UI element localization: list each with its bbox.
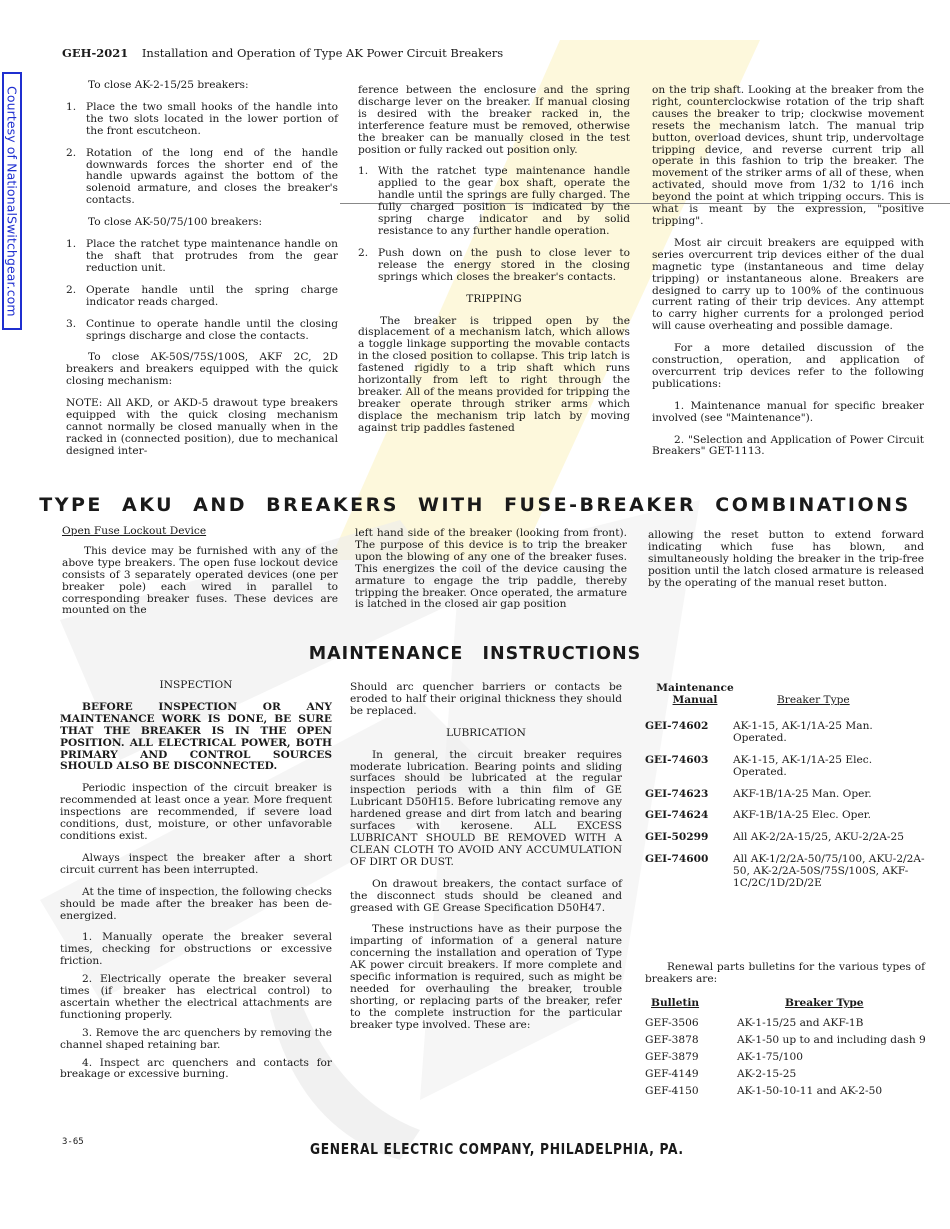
- column-header-breaker-type: Breaker Type: [745, 683, 925, 707]
- publication-2: 2. "Selection and Application of Power C…: [652, 435, 924, 459]
- top-column-2: ference between the enclosure and the sp…: [358, 85, 630, 445]
- aku-paragraph-3: allowing the reset button to extend forw…: [648, 530, 924, 590]
- aku-section-banner: TYPE AKU AND BREAKERS WITH FUSE-BREAKER …: [0, 494, 950, 516]
- table-row: GEF-3506AK-1-15/25 and AKF-1B: [645, 1018, 930, 1030]
- checks-intro: At the time of inspection, the following…: [60, 887, 332, 923]
- short-circuit-paragraph: Always inspect the breaker after a short…: [60, 853, 332, 877]
- lubrication-heading: LUBRICATION: [350, 728, 622, 740]
- column-header-bulletin: Bulletin: [645, 998, 743, 1010]
- document-title: Installation and Operation of Type AK Po…: [142, 46, 503, 60]
- table-header: Maintenance Manual Breaker Type: [645, 683, 925, 707]
- list-item: 1.Place the two small hooks of the handl…: [66, 102, 338, 138]
- date-code: 3-65: [62, 1137, 84, 1147]
- aku-column-2: left hand side of the breaker (looking f…: [355, 528, 627, 621]
- table-row: GEI-74600All AK-1/2/2A-50/75/100, AKU-2/…: [645, 854, 925, 890]
- table-row: GEF-4150AK-1-50-10-11 and AK-2-50: [645, 1086, 930, 1098]
- purpose-paragraph: These instructions have as their purpose…: [350, 924, 622, 1031]
- page-header: GEH-2021 Installation and Operation of T…: [62, 46, 503, 60]
- renewal-intro: Renewal parts bulletins for the various …: [645, 962, 925, 996]
- check-item: 4. Inspect arc quenchers and contacts fo…: [60, 1058, 332, 1082]
- ratchet-steps: 1.With the ratchet type maintenance hand…: [358, 166, 630, 283]
- close-ak50-heading: To close AK-50/75/100 breakers:: [66, 217, 338, 229]
- courtesy-stamp: Courtesy of NationalSwitchgear.com: [2, 72, 22, 330]
- document-code: GEH-2021: [62, 46, 128, 60]
- top-column-3: on the trip shaft. Looking at the breake…: [652, 85, 924, 468]
- maintenance-manuals-table: Maintenance Manual Breaker Type GEI-7460…: [645, 683, 925, 900]
- table-row: GEI-74624AKF-1B/1A-25 Elec. Oper.: [645, 810, 925, 822]
- list-item: 3.Continue to operate handle until the c…: [66, 319, 338, 343]
- column-header-manual-line2: Manual: [645, 695, 745, 707]
- table-row: GEF-4149AK-2-15-25: [645, 1069, 930, 1081]
- table-row: GEI-74603AK-1-15, AK-1/1A-25 Elec. Opera…: [645, 755, 925, 779]
- maintenance-banner: MAINTENANCE INSTRUCTIONS: [0, 644, 950, 664]
- column-header-breaker-type: Breaker Type: [743, 998, 930, 1010]
- check-item: 3. Remove the arc quenchers by removing …: [60, 1028, 332, 1052]
- renewal-intro-text: Renewal parts bulletins for the various …: [645, 962, 925, 986]
- list-item: 1.With the ratchet type maintenance hand…: [358, 166, 630, 237]
- lubrication-paragraph: In general, the circuit breaker requires…: [350, 750, 622, 869]
- list-item: 2.Rotation of the long end of the handle…: [66, 148, 338, 208]
- tripping-paragraph: The breaker is tripped open by the displ…: [358, 316, 630, 435]
- note-paragraph: NOTE: All AKD, or AKD-5 drawout type bre…: [66, 398, 338, 458]
- close-ak50-steps: 1.Place the ratchet type maintenance han…: [66, 239, 338, 342]
- close-ak50s-paragraph: To close AK-50S/75S/100S, AKF 2C, 2D bre…: [66, 352, 338, 388]
- check-item: 1. Manually operate the breaker several …: [60, 932, 332, 968]
- check-item: 2. Electrically operate the breaker seve…: [60, 974, 332, 1022]
- maintenance-column-1: INSPECTION BEFORE INSPECTION OR ANY MAIN…: [60, 680, 332, 1087]
- open-fuse-lockout-heading: Open Fuse Lockout Device: [62, 526, 338, 538]
- refer-paragraph: For a more detailed discussion of the co…: [652, 343, 924, 391]
- list-item: 2.Push down on the push to close lever t…: [358, 248, 630, 284]
- aku-column-3: allowing the reset button to extend forw…: [648, 530, 924, 600]
- drawout-paragraph: On drawout breakers, the contact surface…: [350, 879, 622, 915]
- renewal-bulletins-table: Bulletin Breaker Type GEF-3506AK-1-15/25…: [645, 998, 930, 1102]
- table-row: GEF-3879AK-1-75/100: [645, 1052, 930, 1064]
- publisher-footer: GENERAL ELECTRIC COMPANY, PHILADELPHIA, …: [310, 1140, 684, 1158]
- aku-paragraph-2: left hand side of the breaker (looking f…: [355, 528, 627, 611]
- publication-1: 1. Maintenance manual for specific break…: [652, 401, 924, 425]
- courtesy-text: Courtesy of NationalSwitchgear.com: [5, 86, 20, 317]
- tripping-heading: TRIPPING: [358, 294, 630, 306]
- interference-paragraph: ference between the enclosure and the sp…: [358, 85, 630, 156]
- quencher-paragraph: Should arc quencher barriers or contacts…: [350, 682, 622, 718]
- close-ak2-heading: To close AK-2-15/25 breakers:: [66, 80, 338, 92]
- list-item: 1.Place the ratchet type maintenance han…: [66, 239, 338, 275]
- table-row: GEI-50299All AK-2/2A-15/25, AKU-2/2A-25: [645, 832, 925, 844]
- table-row: GEI-74623AKF-1B/1A-25 Man. Oper.: [645, 789, 925, 801]
- overcurrent-paragraph: Most air circuit breakers are equipped w…: [652, 238, 924, 333]
- list-item: 2.Operate handle until the spring charge…: [66, 285, 338, 309]
- inspection-heading: INSPECTION: [60, 680, 332, 692]
- periodic-inspection-paragraph: Periodic inspection of the circuit break…: [60, 783, 332, 843]
- trip-shaft-paragraph: on the trip shaft. Looking at the breake…: [652, 85, 924, 228]
- close-ak2-steps: 1.Place the two small hooks of the handl…: [66, 102, 338, 207]
- aku-paragraph-1: This device may be furnished with any of…: [62, 546, 338, 617]
- table-row: GEI-74602AK-1-15, AK-1/1A-25 Man. Operat…: [645, 721, 925, 745]
- maintenance-column-2: Should arc quencher barriers or contacts…: [350, 682, 622, 1042]
- safety-warning: BEFORE INSPECTION OR ANY MAINTENANCE WOR…: [60, 702, 332, 773]
- top-column-1: To close AK-2-15/25 breakers: 1.Place th…: [66, 80, 338, 468]
- aku-column-1: Open Fuse Lockout Device This device may…: [62, 526, 338, 627]
- table-header: Bulletin Breaker Type: [645, 998, 930, 1010]
- table-row: GEF-3878AK-1-50 up to and including dash…: [645, 1035, 930, 1047]
